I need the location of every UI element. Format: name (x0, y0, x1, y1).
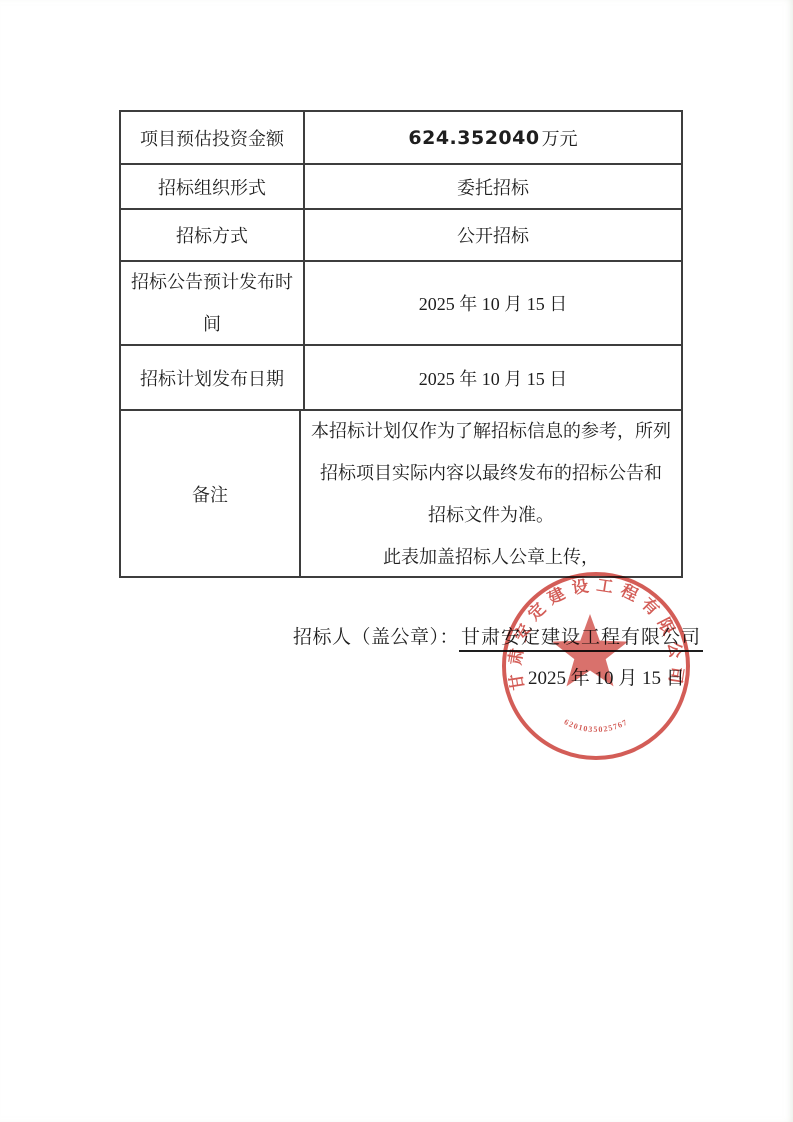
remark-line: 此表加盖招标人公章上传， (383, 536, 599, 578)
table-row-tender-method: 招标方式 公开招标 (121, 208, 681, 260)
row-label-remarks: 备注 (121, 411, 301, 576)
signature-date: 2025 年 10 月 15 日 (528, 663, 685, 690)
remark-line: 招标项目实际内容以最终发布的招标公告和 (320, 452, 662, 494)
table-row-plan-publish-date: 招标计划发布日期 2025 年 10 月 15 日 (121, 344, 681, 409)
table-row-organization-form: 招标组织形式 委托招标 (121, 163, 681, 208)
row-value-tender-method: 公开招标 (305, 210, 681, 260)
row-label-plan-publish-date: 招标计划发布日期 (121, 346, 305, 409)
table-row-remarks: 备注 本招标计划仅作为了解招标信息的参考，所列 招标项目实际内容以最终发布的招标… (121, 409, 681, 576)
signature-line: 招标人（盖公章）：甘肃安定建设工程有限公司 (293, 622, 703, 649)
row-value-plan-publish-date: 2025 年 10 月 15 日 (305, 346, 681, 409)
row-label-tender-method: 招标方式 (121, 210, 305, 260)
investment-amount: 624.352040 (408, 127, 539, 149)
scanned-document-page: 项目预估投资金额 624.352040 万元 招标组织形式 委托招标 招标方式 … (0, 0, 793, 1122)
row-value-investment: 624.352040 万元 (305, 112, 681, 163)
remark-line: 本招标计划仅作为了解招标信息的参考，所列 (311, 410, 671, 452)
seal-code-text: 6201035025767 (563, 717, 630, 734)
signature-label: 招标人（盖公章）： (293, 627, 459, 648)
table-row-investment: 项目预估投资金额 624.352040 万元 (121, 112, 681, 163)
table-row-announcement-date: 招标公告预计发布时间 2025 年 10 月 15 日 (121, 260, 681, 344)
row-label-organization-form: 招标组织形式 (121, 165, 305, 208)
investment-unit: 万元 (542, 125, 578, 151)
row-label-announcement-date: 招标公告预计发布时间 (121, 262, 305, 344)
signature-company-name: 甘肃安定建设工程有限公司 (459, 627, 703, 652)
remark-line: 招标文件为准。 (428, 494, 554, 536)
row-label-investment: 项目预估投资金额 (121, 112, 305, 163)
row-value-announcement-date: 2025 年 10 月 15 日 (305, 262, 681, 344)
row-value-organization-form: 委托招标 (305, 165, 681, 208)
tender-plan-table: 项目预估投资金额 624.352040 万元 招标组织形式 委托招标 招标方式 … (119, 110, 683, 578)
row-value-remarks: 本招标计划仅作为了解招标信息的参考，所列 招标项目实际内容以最终发布的招标公告和… (301, 411, 681, 576)
